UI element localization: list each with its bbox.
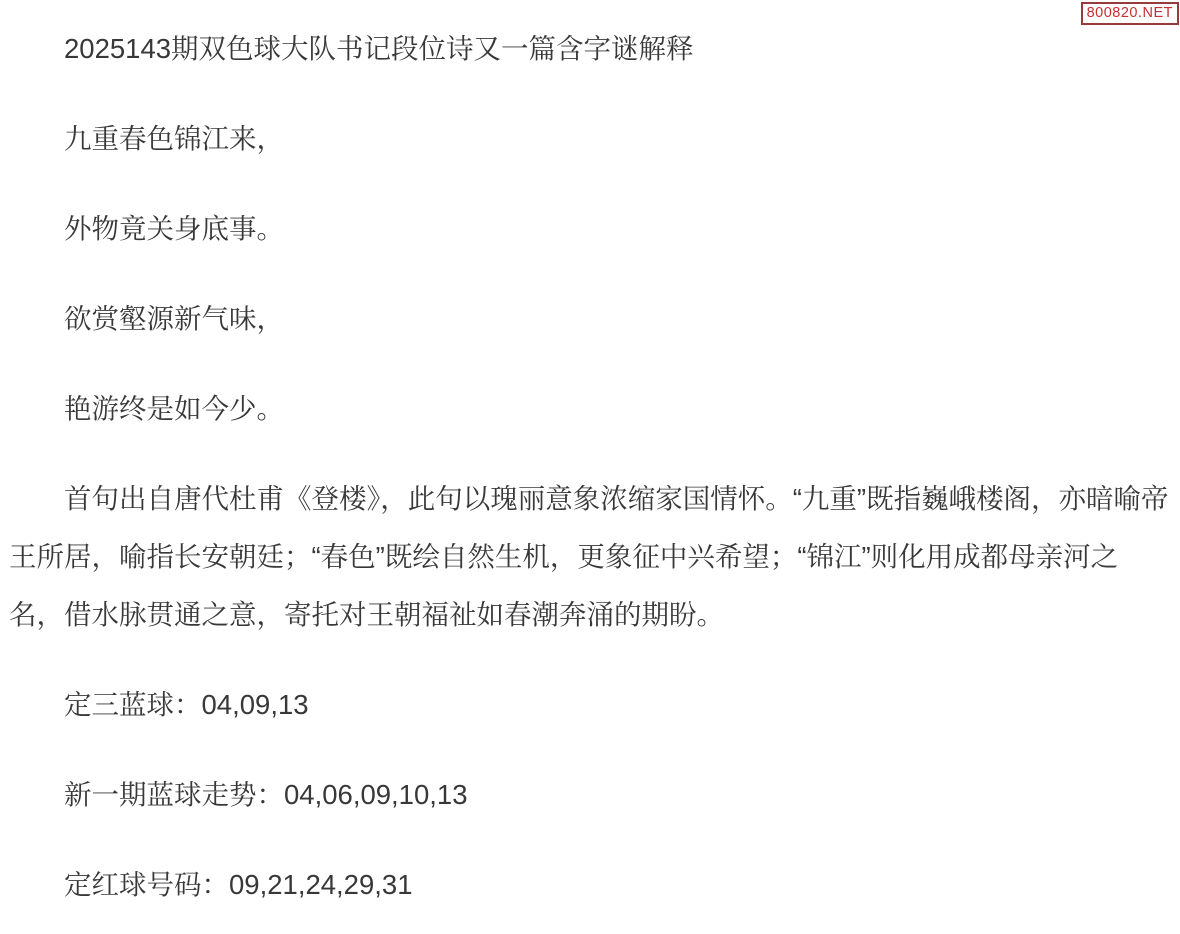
prediction-label: 新一期蓝球走势： <box>64 779 284 810</box>
poem-line-1: 九重春色锦江来， <box>9 110 1171 168</box>
prediction-label: 定红球号码： <box>64 869 229 900</box>
prediction-line-blue-trend: 新一期蓝球走势：04,06,09,10,13 <box>9 766 1171 824</box>
prediction-value: 09,21,24,29,31 <box>229 869 413 900</box>
poem-line-3: 欲赏壑源新气味， <box>9 290 1171 348</box>
prediction-value: 04,06,09,10,13 <box>284 779 468 810</box>
analysis-paragraph: 首句出自唐代杜甫《登楼》，此句以瑰丽意象浓缩家国情怀。“九重”既指巍峨楼阁，亦暗… <box>9 470 1171 644</box>
prediction-value: 04,09,13 <box>202 689 309 720</box>
article-title: 2025143期双色球大队书记段位诗又一篇含字谜解释 <box>9 20 1171 78</box>
prediction-line-red: 定红球号码：09,21,24,29,31 <box>9 856 1171 914</box>
poem-line-2: 外物竟关身底事。 <box>9 200 1171 258</box>
article-page: 800820.NET 2025143期双色球大队书记段位诗又一篇含字谜解释 九重… <box>0 0 1180 934</box>
prediction-line-blue3: 定三蓝球：04,09,13 <box>9 676 1171 734</box>
site-watermark-badge: 800820.NET <box>1081 2 1179 25</box>
poem-line-4: 艳游终是如今少。 <box>9 380 1171 438</box>
prediction-label: 定三蓝球： <box>64 689 202 720</box>
